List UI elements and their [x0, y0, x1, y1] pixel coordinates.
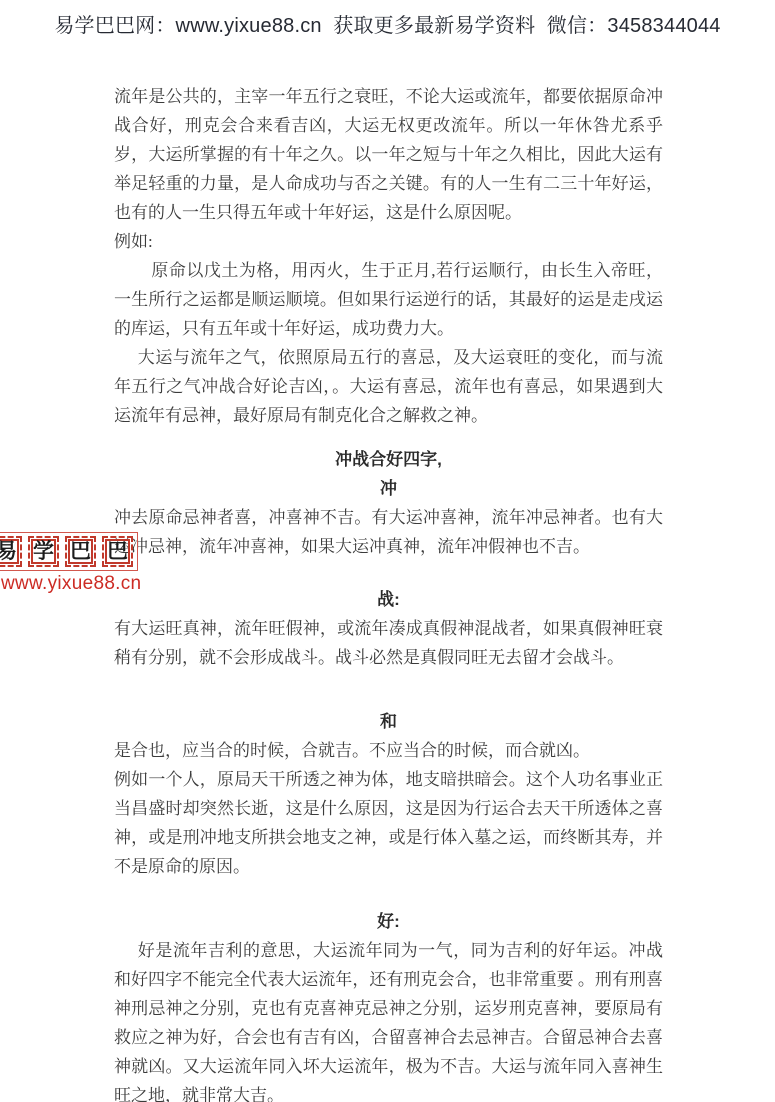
paragraph-hao: 好是流年吉利的意思，大运流年同为一气，同为吉利的好年运。冲战和好四字不能完全代表…	[114, 936, 663, 1102]
paragraph-chong: 冲去原命忌神者喜，冲喜神不吉。有大运冲喜神，流年冲忌神者。也有大运冲忌神，流年冲…	[114, 503, 663, 561]
stamp-char-ba2: 巴	[105, 539, 130, 564]
scanned-document-page: { "header": { "text": "易学巴巴网：www.yixue88…	[0, 0, 775, 1102]
heading-zhan: 战:	[114, 585, 663, 614]
stamp-box: 学	[28, 536, 59, 567]
document-body: 流年是公共的，主宰一年五行之衰旺，不论大运或流年，都要依据原命冲战合好，刑克会合…	[114, 82, 663, 1102]
watermark-url: www.yixue88.cn	[1, 573, 141, 595]
stamp-char-yi: 易	[0, 539, 19, 564]
paragraph-he-line2: 例如一个人，原局天干所透之神为体，地支暗拱暗会。这个人功名事业正当昌盛时却突然长…	[114, 765, 663, 881]
stamp-box: 易	[0, 536, 22, 567]
paragraph-intro: 流年是公共的，主宰一年五行之衰旺，不论大运或流年，都要依据原命冲战合好，刑克会合…	[114, 82, 663, 227]
heading-chong: 冲	[114, 474, 663, 503]
heading-four-words: 冲战合好四字,	[114, 445, 663, 474]
heading-hao: 好:	[114, 907, 663, 936]
heading-he: 和	[114, 707, 663, 736]
paragraph-example: 原命以戊土为格，用丙火，生于正月,若行运顺行，由长生入帝旺，一生所行之运都是顺运…	[114, 256, 663, 343]
site-watermark: 易 学 巴 巴 www.yixue88.cn	[0, 532, 141, 595]
stamp-char-ba1: 巴	[68, 539, 93, 564]
promo-header-text: 易学巴巴网：www.yixue88.cn 获取更多最新易学资料 微信：34583…	[0, 9, 775, 38]
stamp-box: 巴	[102, 536, 133, 567]
paragraph-dayun-liunian: 大运与流年之气，依照原局五行的喜忌，及大运衰旺的变化，而与流年五行之气冲战合好论…	[114, 343, 663, 430]
stamp-box: 巴	[65, 536, 96, 567]
example-label: 例如:	[114, 227, 663, 256]
paragraph-zhan: 有大运旺真神，流年旺假神，或流年凑成真假神混战者，如果真假神旺衰稍有分别，就不会…	[114, 614, 663, 672]
paragraph-he-line1: 是合也，应当合的时候，合就吉。不应当合的时候，而合就凶。	[114, 736, 663, 765]
stamp-char-xue: 学	[31, 539, 56, 564]
watermark-stamps: 易 学 巴 巴	[0, 532, 138, 571]
